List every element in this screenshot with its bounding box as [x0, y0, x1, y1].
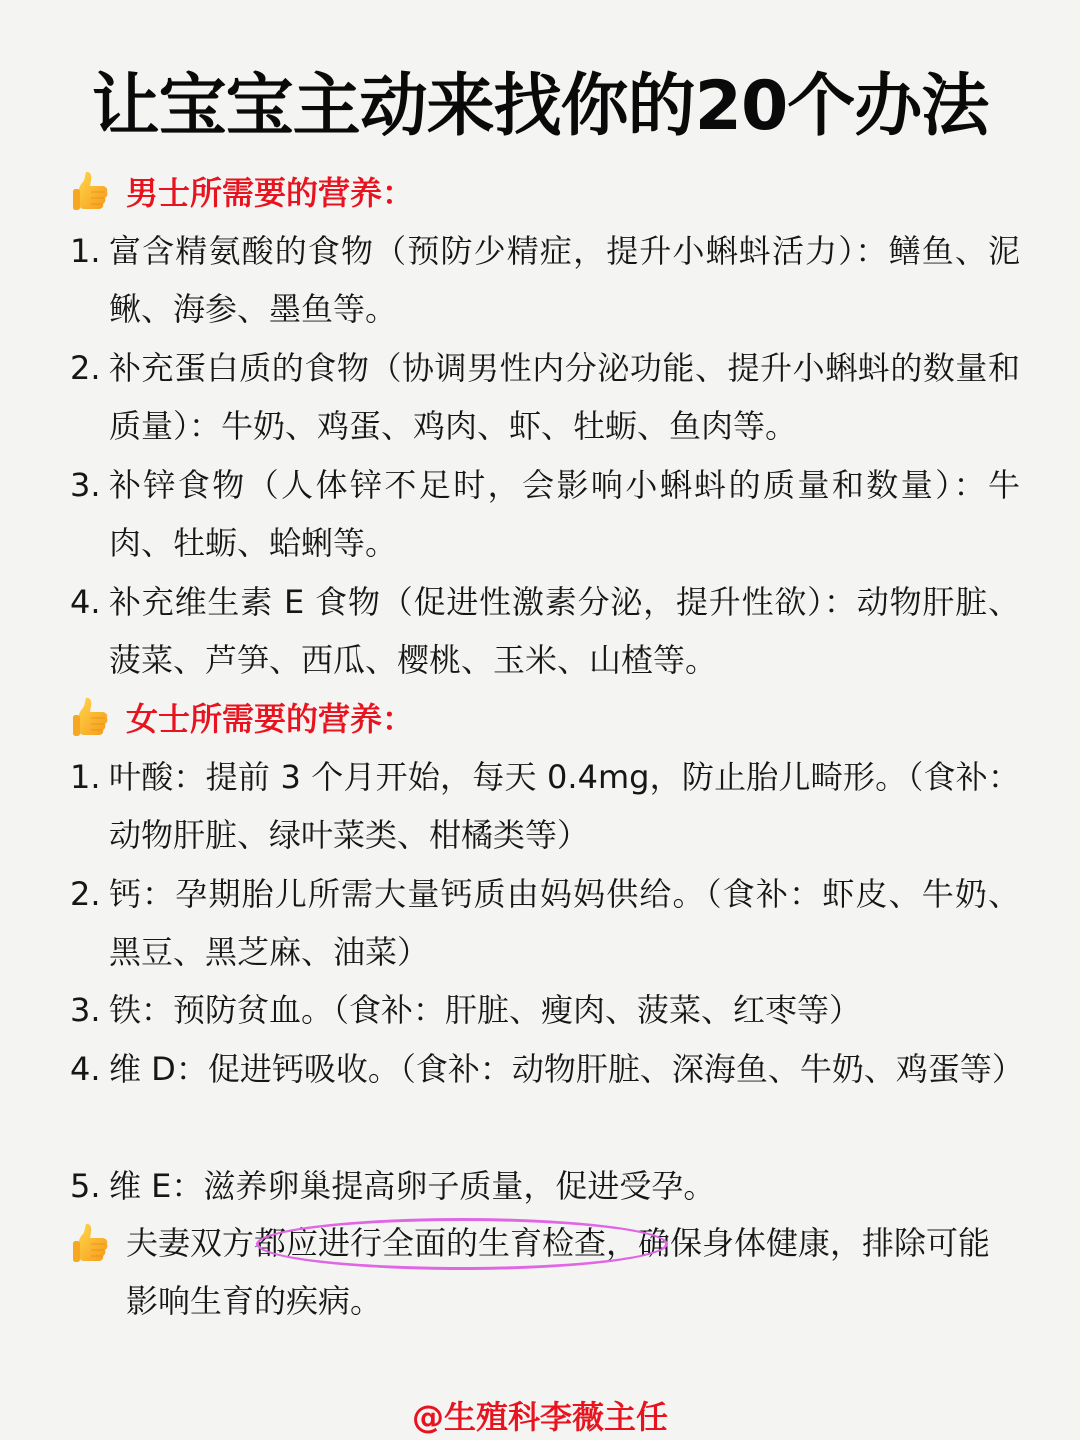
item-number: 1.: [70, 222, 110, 280]
item-text: 富含精氨酸的食物（预防少精症，提升小蝌蚪活力）：鳝鱼、泥鳅、海参、墨鱼等。: [109, 222, 1020, 338]
item-number: 2.: [70, 865, 110, 923]
item-number: 4.: [70, 573, 110, 631]
item-number: 3.: [70, 456, 110, 514]
item-number: 5.: [70, 1157, 110, 1215]
men-item-1: 1. 富含精氨酸的食物（预防少精症，提升小蝌蚪活力）：鳝鱼、泥鳅、海参、墨鱼等。: [70, 222, 1020, 338]
author-signature: @生殖科李薇主任: [0, 1392, 1080, 1438]
item-text: 钙：孕期胎儿所需大量钙质由妈妈供给。（食补：虾皮、牛奶、黑豆、黑芝麻、油菜）: [109, 865, 1020, 981]
thumbs-up-icon: [72, 170, 110, 212]
item-text: 维 D：促进钙吸收。（食补：动物肝脏、深海鱼、牛奶、鸡蛋等）: [109, 1040, 1020, 1098]
section-header-men: 男士所需要的营养：: [72, 166, 414, 216]
women-item-5: 5. 维 E：滋养卵巢提高卵子质量，促进受孕。: [70, 1157, 1020, 1215]
section-header-women: 女士所需要的营养：: [72, 692, 414, 742]
women-item-1: 1. 叶酸：提前 3 个月开始，每天 0.4mg，防止胎儿畸形。（食补：动物肝脏…: [70, 748, 1020, 864]
thumbs-up-icon: [72, 696, 110, 738]
item-text: 维 E：滋养卵巢提高卵子质量，促进受孕。: [109, 1157, 1020, 1215]
women-item-4: 4. 维 D：促进钙吸收。（食补：动物肝脏、深海鱼、牛奶、鸡蛋等）: [70, 1040, 1020, 1098]
closing-note: 夫妻双方都应进行全面的生育检查，确保身体健康，排除可能影响生育的疾病。: [72, 1214, 1020, 1330]
section-title-men: 男士所需要的营养：: [126, 168, 414, 214]
item-number: 3.: [70, 981, 110, 1039]
item-text: 铁：预防贫血。（食补：肝脏、瘦肉、菠菜、红枣等）: [109, 981, 1020, 1039]
item-text: 补充蛋白质的食物（协调男性内分泌功能、提升小蝌蚪的数量和质量）：牛奶、鸡蛋、鸡肉…: [109, 339, 1020, 455]
item-text: 叶酸：提前 3 个月开始，每天 0.4mg，防止胎儿畸形。（食补：动物肝脏、绿叶…: [109, 748, 1020, 864]
page-title: 让宝宝主动来找你的20个办法: [0, 62, 1080, 152]
closing-text: 夫妻双方都应进行全面的生育检查，确保身体健康，排除可能影响生育的疾病。: [126, 1214, 1020, 1330]
circled-highlight-text: 都应进行全面的生育检查: [254, 1224, 606, 1262]
thumbs-up-icon: [72, 1222, 110, 1264]
closing-prefix: 夫妻双方: [126, 1224, 254, 1262]
women-item-2: 2. 钙：孕期胎儿所需大量钙质由妈妈供给。（食补：虾皮、牛奶、黑豆、黑芝麻、油菜…: [70, 865, 1020, 981]
item-number: 4.: [70, 1040, 110, 1098]
men-item-3: 3. 补锌食物（人体锌不足时，会影响小蝌蚪的质量和数量）：牛肉、牡蛎、蛤蜊等。: [70, 456, 1020, 572]
men-item-2: 2. 补充蛋白质的食物（协调男性内分泌功能、提升小蝌蚪的数量和质量）：牛奶、鸡蛋…: [70, 339, 1020, 455]
section-title-women: 女士所需要的营养：: [126, 694, 414, 740]
men-item-4: 4. 补充维生素 E 食物（促进性激素分泌，提升性欲）：动物肝脏、菠菜、芦笋、西…: [70, 573, 1020, 689]
item-text: 补锌食物（人体锌不足时，会影响小蝌蚪的质量和数量）：牛肉、牡蛎、蛤蜊等。: [109, 456, 1020, 572]
item-number: 1.: [70, 748, 110, 806]
item-number: 2.: [70, 339, 110, 397]
women-item-3: 3. 铁：预防贫血。（食补：肝脏、瘦肉、菠菜、红枣等）: [70, 981, 1020, 1039]
item-text: 补充维生素 E 食物（促进性激素分泌，提升性欲）：动物肝脏、菠菜、芦笋、西瓜、樱…: [109, 573, 1020, 689]
